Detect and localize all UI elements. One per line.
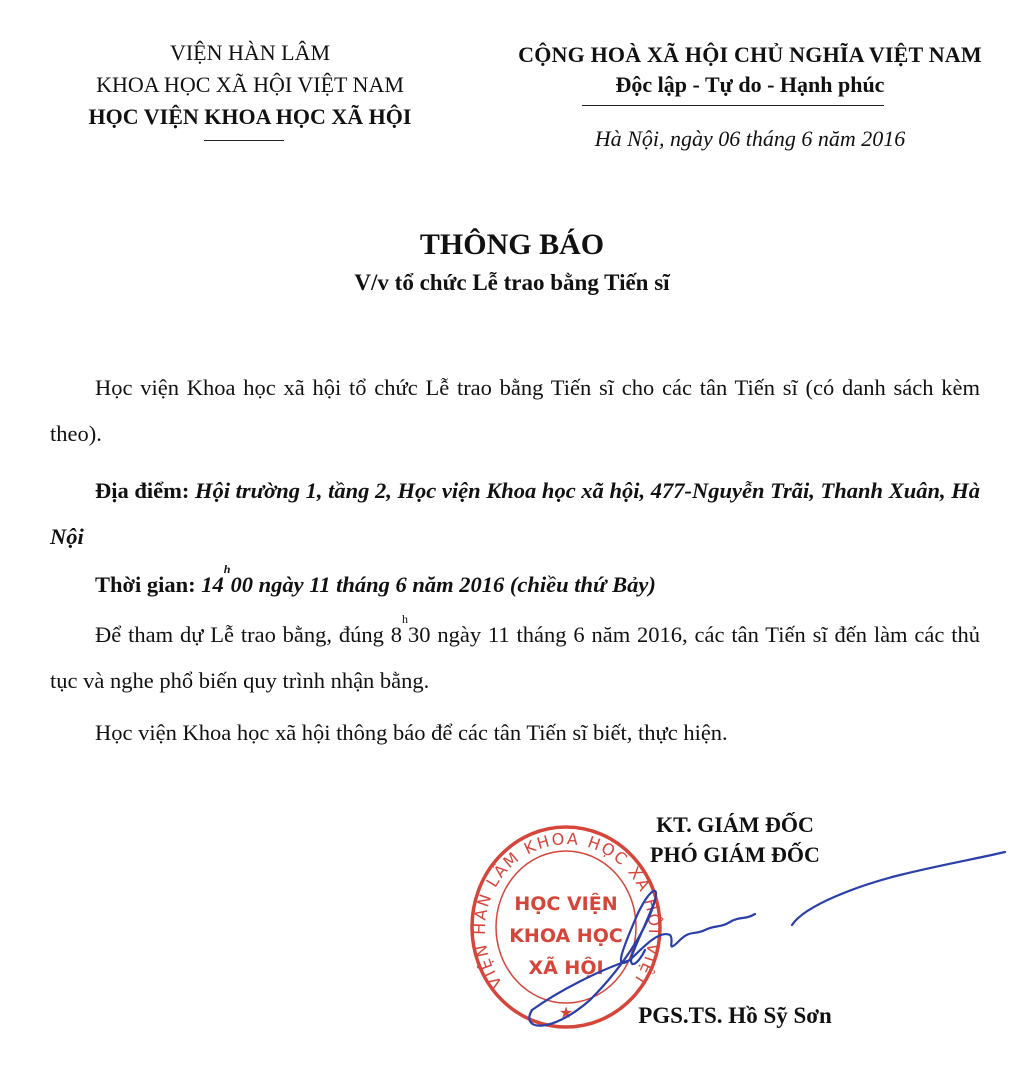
header-right-divider [582,105,884,106]
closing-paragraph: Học viện Khoa học xã hội thông báo để cá… [50,710,980,756]
time-value: 14h00 ngày 11 tháng 6 năm 2016 (chiều th… [201,572,656,597]
document-subject: V/v tổ chức Lễ trao bằng Tiến sĩ [0,270,1024,296]
intro-paragraph: Học viện Khoa học xã hội tổ chức Lễ trao… [50,365,980,457]
national-motto: Độc lập - Tự do - Hạnh phúc [480,72,1020,98]
time-paragraph: Thời gian: 14h00 ngày 11 tháng 6 năm 201… [50,562,980,608]
time-rest: 00 ngày 11 tháng 6 năm 2016 (chiều thứ B… [230,572,655,597]
national-title: CỘNG HOÀ XÃ HỘI CHỦ NGHĨA VIỆT NAM [480,42,1020,68]
signer-authority: KT. GIÁM ĐỐC [560,812,910,838]
registration-paragraph: Để tham dự Lễ trao bằng, đúng 8h30 ngày … [50,612,980,704]
header-left-divider [204,140,284,141]
document-date: Hà Nội, ngày 06 tháng 6 năm 2016 [480,126,1020,152]
agency-line-1: VIỆN HÀN LÂM [40,40,460,66]
location-paragraph: Địa điểm: Hội trường 1, tầng 2, Học viện… [50,468,980,560]
time-hour: 14 [201,572,224,597]
location-value: Hội trường 1, tầng 2, Học viện Khoa học … [50,478,980,549]
agency-line-2: KHOA HỌC XÃ HỘI VIỆT NAM [40,72,460,98]
document-title: THÔNG BÁO [0,228,1024,262]
registration-start: Để tham dự Lễ trao bằng, đúng 8 [95,622,402,647]
location-label: Địa điểm: [95,478,189,503]
time-label: Thời gian: [95,572,196,597]
issuing-institution: HỌC VIỆN KHOA HỌC XÃ HỘI [40,104,460,130]
signer-name: PGS.TS. Hồ Sỹ Sơn [560,1003,910,1029]
